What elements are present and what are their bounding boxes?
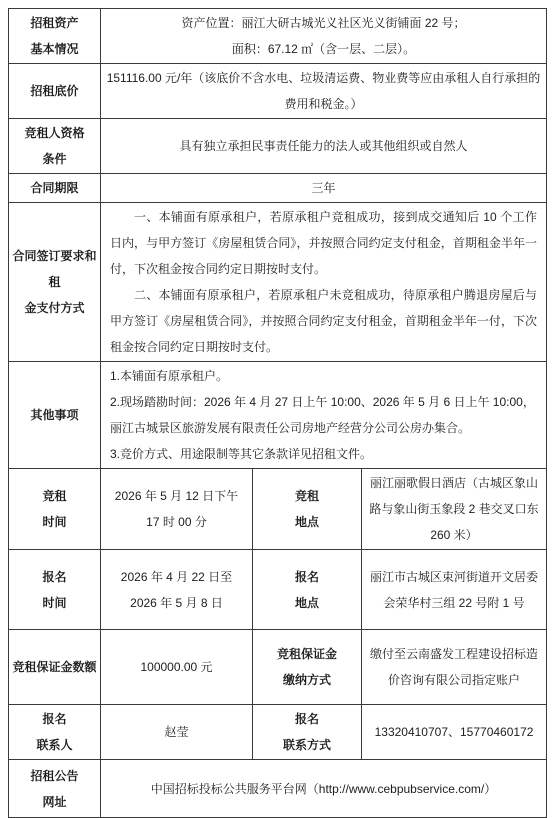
contract-paragraph-2: 二、本铺面有原承租户，若原承租户未竞租成功，待原承租户腾退房屋后与甲方签订《房屋… — [110, 282, 537, 360]
row-deposit: 竞租保证金数额 100000.00 元 竞租保证金 缴纳方式 缴付至云南盛发工程… — [9, 630, 547, 705]
price-value: 151116.00 元/年（该底价不含水电、垃圾清运费、物业费等应由承租人自行承… — [101, 64, 547, 119]
contact-value: 赵莹 — [101, 705, 253, 760]
other-item-2: 2.现场踏勘时间：2026 年 4 月 27 日上午 10:00、2026 年 … — [110, 389, 537, 441]
row-asset-info: 招租资产 基本情况 资产位置：丽江大研古城光义社区光义街铺面 22 号； 面积：… — [9, 9, 547, 64]
bid-place-value: 丽江丽歌假日酒店（古城区象山路与象山街玉象段 2 巷交叉口东 260 米） — [362, 469, 547, 550]
signup-time-value: 2026 年 4 月 22 日至 2026 年 5 月 8 日 — [101, 550, 253, 630]
row-qualification: 竞租人资格 条件 具有独立承担民事责任能力的法人或其他组织或自然人 — [9, 119, 547, 174]
signup-place-value: 丽江市古城区束河街道开文居委会荣华村三组 22 号附 1 号 — [362, 550, 547, 630]
row-bid-time-place: 竞租 时间 2026 年 5 月 12 日下午 17 时 00 分 竞租 地点 … — [9, 469, 547, 550]
other-label: 其他事项 — [9, 362, 101, 469]
bid-place-label: 竞租 地点 — [253, 469, 362, 550]
deposit-label: 竞租保证金数额 — [9, 630, 101, 705]
row-signup-time-place: 报名 时间 2026 年 4 月 22 日至 2026 年 5 月 8 日 报名… — [9, 550, 547, 630]
other-item-1: 1.本铺面有原承租户。 — [110, 363, 537, 389]
term-value: 三年 — [101, 174, 547, 203]
price-label: 招租底价 — [9, 64, 101, 119]
contract-paragraph-1: 一、本铺面有原承租户，若原承租户竞租成功，接到成交通知后 10 个工作日内，与甲… — [110, 204, 537, 282]
row-contact: 报名 联系人 赵莹 报名 联系方式 13320410707、1577046017… — [9, 705, 547, 760]
contract-value: 一、本铺面有原承租户，若原承租户竞租成功，接到成交通知后 10 个工作日内，与甲… — [101, 203, 547, 362]
bid-time-label: 竞租 时间 — [9, 469, 101, 550]
contract-label: 合同签订要求和租 金支付方式 — [9, 203, 101, 362]
rental-announcement-table: 招租资产 基本情况 资产位置：丽江大研古城光义社区光义街铺面 22 号； 面积：… — [8, 8, 547, 818]
deposit-method-value: 缴付至云南盛发工程建设招标造价咨询有限公司指定账户 — [362, 630, 547, 705]
row-contract-term: 合同期限 三年 — [9, 174, 547, 203]
contact-method-label: 报名 联系方式 — [253, 705, 362, 760]
row-base-price: 招租底价 151116.00 元/年（该底价不含水电、垃圾清运费、物业费等应由承… — [9, 64, 547, 119]
asset-label: 招租资产 基本情况 — [9, 9, 101, 64]
other-value: 1.本铺面有原承租户。 2.现场踏勘时间：2026 年 4 月 27 日上午 1… — [101, 362, 547, 469]
qualification-label: 竞租人资格 条件 — [9, 119, 101, 174]
row-contract-signing: 合同签订要求和租 金支付方式 一、本铺面有原承租户，若原承租户竞租成功，接到成交… — [9, 203, 547, 362]
term-label: 合同期限 — [9, 174, 101, 203]
qualification-value: 具有独立承担民事责任能力的法人或其他组织或自然人 — [101, 119, 547, 174]
signup-time-label: 报名 时间 — [9, 550, 101, 630]
contact-label: 报名 联系人 — [9, 705, 101, 760]
row-other-matters: 其他事项 1.本铺面有原承租户。 2.现场踏勘时间：2026 年 4 月 27 … — [9, 362, 547, 469]
deposit-value: 100000.00 元 — [101, 630, 253, 705]
contact-method-value: 13320410707、15770460172 — [362, 705, 547, 760]
asset-value: 资产位置：丽江大研古城光义社区光义街铺面 22 号； 面积：67.12 ㎡（含一… — [101, 9, 547, 64]
other-item-3: 3.竞价方式、用途限制等其它条款详见招租文件。 — [110, 441, 537, 467]
signup-place-label: 报名 地点 — [253, 550, 362, 630]
deposit-method-label: 竞租保证金 缴纳方式 — [253, 630, 362, 705]
bid-time-value: 2026 年 5 月 12 日下午 17 时 00 分 — [101, 469, 253, 550]
